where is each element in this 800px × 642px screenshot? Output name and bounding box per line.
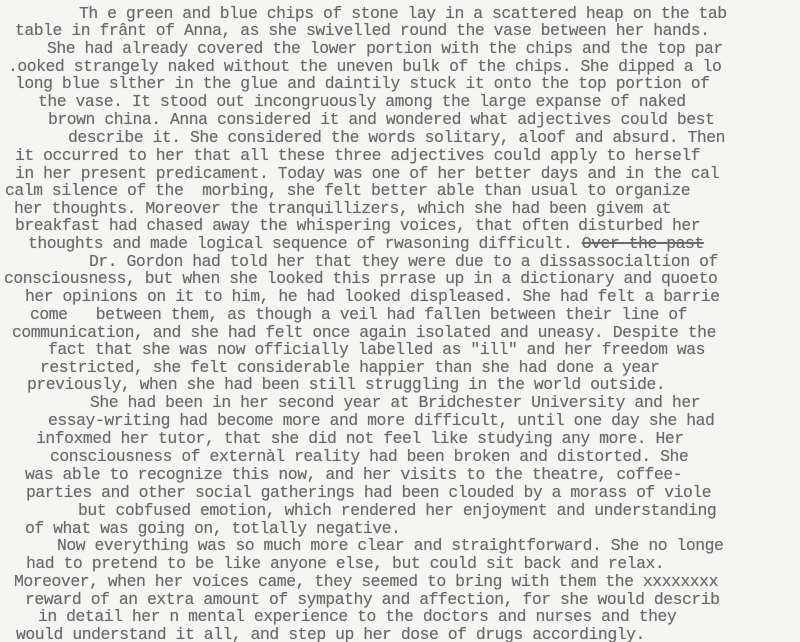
line-text: breakfast had chased away the whispering… [15,216,700,235]
line-text: Now everything was so much more clear an… [57,536,723,555]
text-line: calm silence of the morbing, she felt be… [5,181,690,201]
text-line: brown china. Anna considered it and wond… [48,110,714,130]
line-text: infoxmed her tutor, that she did not fee… [36,429,684,448]
line-text: describe it. She considered the words so… [68,128,725,147]
text-line: would understand it all, and step up her… [16,625,645,642]
line-text: was able to recognize this now, and her … [25,465,682,484]
text-line: table in frânt of Anna, as she swivelled… [15,21,710,41]
line-text: in detail her n mental experience to the… [38,607,676,626]
text-line: in detail her n mental experience to the… [38,607,676,627]
text-line: her opinions on it to him, he had looked… [25,287,720,307]
line-text: calm silence of the morbing, she felt be… [5,181,690,200]
line-text: thoughts and made logical sequence of rw… [28,234,572,253]
line-text: brown china. Anna considered it and wond… [48,110,714,129]
text-line: but cobfused emotion, which rendered her… [78,501,716,521]
line-text: fact that she was now officially labelle… [48,340,705,359]
line-text: consciousness, but when she looked this … [4,269,717,288]
line-text: long blue slther in the glue and daintil… [15,74,710,93]
text-line: it occurred to her that all these three … [15,146,700,166]
text-line: long blue slther in the glue and daintil… [15,74,710,94]
line-text: it occurred to her that all these three … [15,146,700,165]
line-text: parties and other social gatherings had … [26,483,711,502]
line-text: would understand it all, and step up her… [16,625,645,642]
text-line: breakfast had chased away the whispering… [15,216,700,236]
line-text: the vase. It stood out incongruously amo… [38,92,686,111]
text-line: describe it. She considered the words so… [68,128,725,148]
text-line: had to pretend to be like anyone else, b… [26,554,664,574]
line-text: Moreover, when her voices came, they see… [14,572,718,591]
text-line: consciousness of externàl reality had be… [50,447,688,467]
line-text: her opinions on it to him, he had looked… [25,287,720,306]
text-line: fact that she was now officially labelle… [48,340,705,360]
line-text: had to pretend to be like anyone else, b… [26,554,664,573]
text-line: She had already covered the lower portio… [47,39,723,59]
line-text: essay-writing had become more and more d… [48,411,714,430]
text-line: parties and other social gatherings had … [26,483,711,503]
line-text: but cobfused emotion, which rendered her… [78,501,716,520]
text-line: Moreover, when her voices came, they see… [14,572,718,592]
line-text: She had already covered the lower portio… [47,39,723,58]
line-text: come between them, as though a veil had … [30,305,687,324]
text-line: come between them, as though a veil had … [30,305,687,325]
text-line: previously, when she had been still stru… [27,375,665,395]
typewritten-page: Th e green and blue chips of stone lay i… [0,0,800,642]
struck-through-text: Over the past [582,234,704,253]
text-line: the vase. It stood out incongruously amo… [38,92,686,112]
text-line: Now everything was so much more clear an… [57,536,723,556]
line-text: previously, when she had been still stru… [27,375,665,394]
line-text: table in frânt of Anna, as she swivelled… [15,21,710,40]
text-line: consciousness, but when she looked this … [4,269,717,289]
line-text: consciousness of externàl reality had be… [50,447,688,466]
text-line: thoughts and made logical sequence of rw… [28,234,704,254]
text-line: was able to recognize this now, and her … [25,465,682,485]
text-line: infoxmed her tutor, that she did not fee… [36,429,684,449]
text-line: She had been in her second year at Bridc… [90,393,700,413]
line-text: She had been in her second year at Bridc… [90,393,700,412]
text-line: essay-writing had become more and more d… [48,411,714,431]
